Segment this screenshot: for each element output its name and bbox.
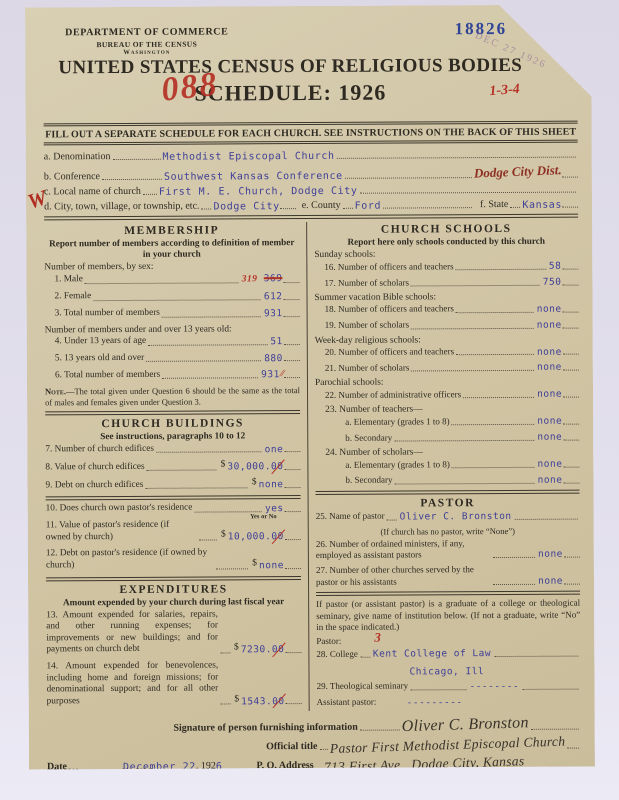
question-label: 17. Number of scholars <box>324 277 409 289</box>
answer-value: 880 <box>264 353 283 365</box>
answer-value: 1543.00 <box>241 696 285 708</box>
schools-title: CHURCH SCHOOLS <box>314 223 578 236</box>
dotted-leader <box>285 568 301 569</box>
answer-value: 7230.00 <box>241 644 285 656</box>
answer-value: none <box>537 303 562 315</box>
question-label: 3. Total number of members <box>55 308 160 320</box>
answer-value: none <box>259 560 284 572</box>
question-25: 25. Name of pastor Oliver C. Bronston <box>316 509 580 522</box>
dotted-leader <box>143 194 157 195</box>
field-value: Kansas <box>522 200 562 211</box>
question-label: 14. Amount expended for benevolences, in… <box>46 660 218 707</box>
dotted-leader <box>284 452 300 453</box>
census-schedule-document: DEPARTMENT OF COMMERCE BUREAU OF THE CEN… <box>25 5 595 770</box>
question-label: b. Secondary <box>345 475 392 486</box>
answer-value: none <box>538 576 563 588</box>
answer-value: -------- <box>469 681 519 693</box>
dotted-leader <box>285 652 301 653</box>
answer-value: 10,000.00 <box>228 532 284 544</box>
answer-value: none <box>537 416 562 428</box>
amount-dollars: 30,000. <box>227 462 271 473</box>
field-label: c. Local name of church <box>44 186 141 198</box>
answer-value: 931 <box>261 370 280 382</box>
field-value: First M. E. Church, Dodge City <box>159 186 358 198</box>
dotted-leader <box>563 311 579 312</box>
question-label: 30. College <box>317 709 359 712</box>
agency-block: DEPARTMENT OF COMMERCE BUREAU OF THE CEN… <box>65 26 228 57</box>
form-number-1: 8—5518 a <box>53 768 85 775</box>
dotted-leader <box>285 511 301 512</box>
answer-value: Chicago, Ill <box>409 666 484 677</box>
dotted-leader <box>147 470 217 471</box>
question-28: 28. College Kent College of Law <box>316 646 580 659</box>
dotted-leader <box>112 159 160 160</box>
question-23-header: 23. Number of teachers— <box>315 404 579 415</box>
dotted-leader <box>93 299 261 301</box>
dotted-leader <box>220 704 230 705</box>
question-10: 10. Does church own pastor's residence y… <box>46 502 301 515</box>
question-label: 6. Total number of members <box>55 369 160 381</box>
dotted-leader <box>563 397 579 398</box>
struck-value: 369 <box>264 273 283 284</box>
amount-dollars: 10,000. <box>228 532 272 543</box>
amount-cents-struck: 00 <box>272 696 285 708</box>
question-30: 30. College <box>317 708 581 712</box>
question-21: 21. Number of scholars none <box>315 361 579 374</box>
assistant-pastor-subheading: Assistant pastor: --------- <box>317 695 581 707</box>
question-label: 7. Number of church edifices <box>45 444 154 456</box>
question-28-line2: Chicago, Ill <box>316 659 580 678</box>
official-title-row: Official title Pastor First Methodist Ep… <box>47 735 581 754</box>
question-25-note: (If church has no pastor, write “None”) <box>316 525 580 537</box>
dotted-leader <box>162 378 258 380</box>
dotted-leader <box>216 568 248 569</box>
dotted-leader <box>411 327 534 329</box>
answer-value: Kent College of Law <box>373 648 491 660</box>
dotted-leader <box>162 316 261 318</box>
dotted-leader <box>337 157 576 159</box>
spacer <box>47 752 266 753</box>
identification-fields: W a. Denomination Methodist Episcopal Ch… <box>44 149 578 213</box>
dollar-sign: $ <box>234 694 239 706</box>
question-label: 28. College <box>316 648 358 659</box>
question-label: 25. Name of pastor <box>316 511 385 523</box>
dotted-leader <box>85 282 239 284</box>
dotted-leader <box>284 316 300 317</box>
dotted-leader <box>463 397 534 398</box>
date-year-suffix: 6 <box>216 761 223 772</box>
answer-value: none <box>537 362 562 374</box>
answer-value: none <box>537 346 562 358</box>
field-value: Methodist Episcopal Church <box>162 151 334 163</box>
signature-label: Signature of person furnishing informati… <box>173 722 357 734</box>
question-13: 13. Amount expended for salaries, repair… <box>46 609 301 657</box>
question-label: 5. 13 years old and over <box>55 353 144 365</box>
field-city-county-state: d. City, town, village, or township, etc… <box>44 199 578 213</box>
amount-dollars: 1543. <box>241 696 272 707</box>
dotted-leader <box>456 269 546 270</box>
answer-value: 30,000.00 <box>227 462 283 474</box>
question-label: 21. Number of scholars <box>325 363 410 375</box>
dotted-leader <box>562 284 578 285</box>
dotted-leader <box>283 282 299 283</box>
group-label: Number of members, by sex: <box>44 261 299 272</box>
answer-value: none <box>537 389 562 401</box>
buildings-subtitle: See instructions, paragraphs 10 to 12 <box>45 430 300 442</box>
red-handwritten-number: 088 <box>160 66 221 110</box>
dotted-leader <box>567 748 579 749</box>
dotted-leader <box>456 354 534 355</box>
field-label: e. County <box>302 200 341 211</box>
section-divider <box>46 495 301 500</box>
form-columns: MEMBERSHIP Report number of members acco… <box>44 221 581 713</box>
dotted-leader <box>360 192 576 194</box>
section-divider <box>316 489 580 494</box>
question-3: 3. Total number of members 931 <box>45 307 300 320</box>
question-17: 17. Number of scholars 750 <box>314 275 578 288</box>
dotted-leader <box>410 689 466 690</box>
dotted-leader <box>563 439 579 440</box>
dollar-sign: $ <box>221 530 226 542</box>
question-label: 2. Female <box>54 291 91 303</box>
dotted-leader <box>563 370 579 371</box>
dotted-leader <box>383 207 472 208</box>
group-label: Parochial schools: <box>315 377 579 388</box>
question-label: 4. Under 13 years of age <box>55 336 146 348</box>
official-title-label: Official title <box>266 741 317 752</box>
answer-value: --------- <box>407 697 463 708</box>
po-address-label: P. O. Address <box>256 760 313 771</box>
question-24-header: 24. Number of scholars— <box>315 446 579 457</box>
document-title: UNITED STATES CENSUS OF RELIGIOUS BODIES <box>43 55 537 80</box>
dotted-leader <box>284 299 300 300</box>
dotted-leader <box>285 487 301 488</box>
answer-value: Oliver C. Bronston <box>400 511 512 523</box>
question-label: 22. Number of administrative officers <box>325 389 461 401</box>
red-handwritten-3: 3 <box>374 630 381 646</box>
schedule-year-title: SCHEDULE: 1926 <box>43 79 537 108</box>
section-divider <box>44 214 578 221</box>
dotted-leader <box>564 482 580 483</box>
question-23b: b. Secondary none <box>315 431 579 444</box>
answer-value: none <box>538 549 563 561</box>
dotted-leader <box>562 177 578 178</box>
spacer <box>47 734 174 735</box>
field-value: Southwest Kansas Conference <box>164 171 343 183</box>
dollar-sign: $ <box>234 712 239 713</box>
dotted-leader <box>284 469 300 470</box>
question-label: 27. Number of other churches served by t… <box>316 564 491 587</box>
dotted-leader <box>360 656 370 657</box>
dotted-leader <box>526 767 536 768</box>
question-label: 19. Number of scholars <box>325 320 410 332</box>
form-number-2: 11—9054b <box>121 768 155 775</box>
question-20: 20. Number of officers and teachers none <box>315 345 579 358</box>
field-label: d. City, town, village, or township, etc… <box>44 201 200 213</box>
corrected-value-red: 319 <box>242 274 258 284</box>
membership-subtitle: Report number of members according to de… <box>44 237 299 260</box>
dotted-leader <box>452 467 535 468</box>
dotted-leader <box>280 208 296 209</box>
question-11: 11. Value of pastor's residence (if owne… <box>46 519 301 544</box>
answer-value: none <box>259 479 284 491</box>
question-5: 5. 13 years old and over 880 <box>45 352 300 365</box>
dotted-leader <box>202 209 212 210</box>
assistant-pastor-label: Assistant pastor: <box>317 696 377 706</box>
expenditures-title: EXPENDITURES <box>46 583 301 596</box>
signature-section: Signature of person furnishing informati… <box>47 714 581 773</box>
dotted-leader <box>145 488 248 490</box>
membership-title: MEMBERSHIP <box>44 224 299 237</box>
question-14: 14. Amount expended for benevolences, in… <box>46 660 301 708</box>
question-18: 18. Number of officers and teachers none <box>315 302 579 315</box>
question-1: 1. Male 319 369 <box>44 272 299 286</box>
section-divider <box>46 576 301 581</box>
dotted-leader <box>343 208 353 209</box>
group-label: Number of members under and over 13 year… <box>45 324 300 335</box>
schools-subtitle: Report here only schools conducted by th… <box>314 236 578 248</box>
dotted-leader <box>564 583 580 584</box>
handwritten-district-note: Dodge City Dist. <box>474 162 562 182</box>
question-label: 8. Value of church edifices <box>45 462 144 474</box>
group-label: Sunday schools: <box>314 249 578 260</box>
dotted-leader <box>156 452 262 454</box>
amount-cents-struck: 00 <box>272 644 285 656</box>
dollar-sign: $ <box>234 643 239 655</box>
red-checkmark: ✓ <box>567 30 583 52</box>
question-8: 8. Value of church edifices $ 30,000.00 <box>45 460 300 474</box>
question-label: 20. Number of officers and teachers <box>325 346 454 358</box>
question-29: 29. Theological seminary -------- <box>317 679 581 692</box>
question-15: 15. Total expenditures during year $ 877… <box>47 711 302 712</box>
question-24b: b. Secondary none <box>315 473 579 486</box>
red-handwritten-code: 1-3-4 <box>489 82 520 100</box>
date-label: Date <box>47 761 67 772</box>
buildings-title: CHURCH BUILDINGS <box>45 417 300 430</box>
amount-cents-struck: 00 <box>271 532 284 544</box>
question-label: 13. Amount expended for salaries, repair… <box>46 609 218 656</box>
question-2: 2. Female 612 <box>44 290 299 303</box>
dotted-leader <box>522 688 578 689</box>
answer-value: 931 <box>264 308 283 320</box>
question-label: 11. Value of pastor's residence (if owne… <box>46 520 197 544</box>
dotted-leader <box>395 482 535 484</box>
dotted-leader <box>452 424 535 425</box>
dotted-leader <box>562 268 578 269</box>
dotted-leader <box>360 730 400 731</box>
dotted-leader <box>146 361 261 363</box>
question-22: 22. Number of administrative officers no… <box>315 388 579 401</box>
field-denomination: a. Denomination Methodist Episcopal Chur… <box>44 149 578 163</box>
date-address-row: Date December 22 , 192 6 P. O. Address 7… <box>47 754 581 773</box>
group-label: Week-day religious schools: <box>315 334 579 345</box>
membership-note: Note.—The total given under Question 6 s… <box>45 385 300 408</box>
question-label: a. Elementary (grades 1 to 8) <box>345 416 450 428</box>
department-line: DEPARTMENT OF COMMERCE <box>65 26 228 39</box>
dotted-leader <box>510 207 520 208</box>
field-conference: b. Conference Southwest Kansas Conferenc… <box>44 164 578 183</box>
dotted-leader <box>493 584 535 585</box>
field-value: Dodge City <box>213 201 279 212</box>
right-column: CHURCH SCHOOLS Report here only schools … <box>306 221 581 711</box>
question-12: 12. Debt on pastor's residence (if owned… <box>46 547 301 572</box>
field-label: f. State <box>480 199 508 210</box>
graduate-instructions: If pastor (or assistant pastor) is a gra… <box>316 597 580 633</box>
question-6: 6. Total number of members 931 ∕∕ <box>45 368 300 381</box>
question-label: 18. Number of officers and teachers <box>325 304 454 316</box>
question-27: 27. Number of other churches served by t… <box>316 564 580 588</box>
field-local-name: c. Local name of church First M. E. Chur… <box>44 184 578 198</box>
dotted-leader <box>515 518 578 519</box>
pastor-subheading: Pastor: 3 <box>316 634 580 645</box>
left-column: MEMBERSHIP Report number of members acco… <box>44 222 309 712</box>
instruction-banner: FILL OUT A SEPARATE SCHEDULE FOR EACH CH… <box>44 121 578 146</box>
dotted-leader <box>411 285 540 287</box>
question-7: 7. Number of church edifices one <box>45 443 300 456</box>
dotted-leader <box>284 377 300 378</box>
pastor-label: Pastor: <box>316 636 341 646</box>
expenditures-subtitle: Amount expended by your church during la… <box>46 596 301 608</box>
dotted-leader <box>564 557 580 558</box>
field-value: Ford <box>355 201 382 212</box>
dotted-leader <box>286 703 302 704</box>
dotted-leader <box>563 327 579 328</box>
question-label: 12. Debt on pastor's residence (if owned… <box>46 548 214 572</box>
question-label: 1. Male <box>54 275 82 287</box>
section-divider <box>316 590 580 595</box>
dotted-leader <box>148 344 267 346</box>
note-text: —The total given under Question 6 should… <box>45 385 300 407</box>
note-caps: Note. <box>45 387 66 397</box>
dotted-leader <box>102 179 162 180</box>
question-label: 29. Theological seminary <box>317 681 409 693</box>
answer-value: none <box>538 474 563 486</box>
dotted-leader <box>493 557 535 558</box>
answer-value: 51 <box>270 336 283 348</box>
form-numbers: 8—5518 a 11—9054b <box>53 768 189 776</box>
question-24a: a. Elementary (grades 1 to 8) none <box>315 457 579 470</box>
question-23a: a. Elementary (grades 1 to 8) none <box>315 415 579 428</box>
date-printed-year: , 192 <box>196 760 216 771</box>
amount-dollars: 7230. <box>241 644 272 655</box>
dotted-leader <box>284 360 300 361</box>
dotted-leader <box>394 440 534 442</box>
answer-value: 58 <box>549 261 562 273</box>
signature-row: Signature of person furnishing informati… <box>47 714 581 735</box>
answer-value: none <box>537 459 562 471</box>
red-check-marks: ∕∕ <box>281 369 284 381</box>
question-label: 26. Number of ordained ministers, if any… <box>316 538 491 561</box>
answer-value: none <box>537 319 562 331</box>
group-label: Summer vacation Bible schools: <box>315 291 579 302</box>
dotted-leader <box>411 370 534 372</box>
answer-value: none <box>537 432 562 444</box>
field-label: b. Conference <box>44 171 100 182</box>
signature-handwritten: Oliver C. Bronston <box>401 714 529 736</box>
dotted-leader <box>563 354 579 355</box>
question-19: 19. Number of scholars none <box>315 318 579 331</box>
question-4: 4. Under 13 years of age 51 <box>45 335 300 348</box>
field-label: a. Denomination <box>44 151 111 162</box>
dotted-leader <box>220 652 230 653</box>
dotted-leader <box>531 729 579 730</box>
dotted-leader <box>198 540 217 541</box>
dotted-leader <box>563 424 579 425</box>
question-26: 26. Number of ordained ministers, if any… <box>316 537 580 561</box>
answer-value: 750 <box>543 277 562 289</box>
question-16: 16. Number of officers and teachers 58 <box>314 260 578 273</box>
answer-value: one <box>265 444 284 456</box>
dotted-leader <box>456 311 534 312</box>
dotted-leader <box>224 768 254 769</box>
dotted-leader <box>319 749 327 750</box>
answer-value: 612 <box>264 291 283 303</box>
dotted-leader <box>345 177 472 179</box>
question-label: a. Elementary (grades 1 to 8) <box>345 459 450 471</box>
dotted-leader <box>284 344 300 345</box>
po-address-handwritten: 713 First Ave., Dodge City, Kansas <box>323 753 524 775</box>
document-header: DEPARTMENT OF COMMERCE BUREAU OF THE CEN… <box>43 17 578 124</box>
dotted-leader <box>316 768 322 769</box>
question-label: b. Secondary <box>345 432 392 443</box>
dollar-sign: $ <box>252 478 257 490</box>
pastor-title: PASTOR <box>316 496 580 509</box>
question-label: 10. Does church own pastor's residence <box>46 503 193 515</box>
dotted-leader <box>494 655 578 656</box>
question-label: 9. Debt on church edifices <box>45 479 143 491</box>
question-label: 16. Number of officers and teachers <box>324 261 453 273</box>
dotted-leader <box>562 207 578 208</box>
dollar-sign: $ <box>252 558 257 570</box>
dotted-leader <box>387 519 397 520</box>
dotted-leader <box>563 466 579 467</box>
section-divider <box>45 410 300 415</box>
dotted-leader <box>285 539 301 540</box>
amount-cents-struck: 00 <box>271 462 284 474</box>
question-9: 9. Debt on church edifices $ none <box>45 477 300 491</box>
dollar-sign: $ <box>221 460 226 472</box>
yes-or-no-caption: Yes or No <box>250 513 277 521</box>
